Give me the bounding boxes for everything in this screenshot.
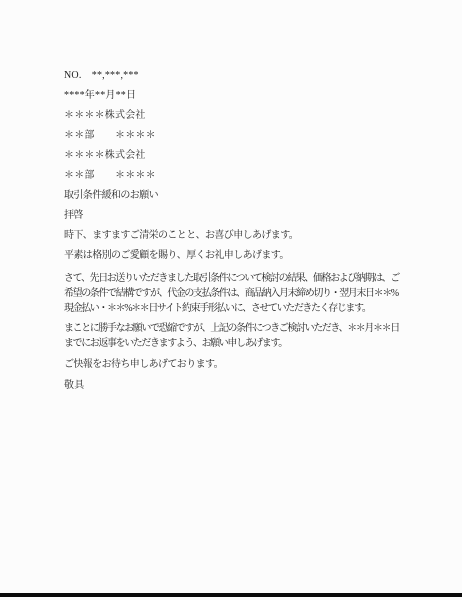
body-paragraph-1: さて、先日お送りいただきました取引条件について検討の結果、価格および納期は、ご希… [64,271,402,316]
recipient-person: ＊＊部 ＊＊＊＊ [64,126,402,146]
closing-word: 敬具 [64,376,402,396]
salutation: 拝啓 [64,206,402,226]
body-paragraph-2: まことに勝手なお願いで恐縮ですが、上記の条件につきご検討いただき、＊＊月＊＊日ま… [64,321,402,351]
sender-company: ＊＊＊＊株式会社 [64,146,402,166]
document-number: NO. **,***,*** [64,66,402,86]
closing-request: ご快報をお待ち申しあげております。 [64,357,402,372]
window-bottom-edge [0,593,462,597]
recipient-company: ＊＊＊＊株式会社 [64,106,402,126]
date-line: ****年**月**日 [64,86,402,106]
letter-page: NO. **,***,*** ****年**月**日 ＊＊＊＊株式会社 ＊＊部 … [0,0,462,600]
sender-person: ＊＊部 ＊＊＊＊ [64,166,402,186]
greeting-line-2: 平素は格別のご愛顧を賜り、厚くお礼申しあげます。 [64,246,402,266]
greeting-line-1: 時下、ますますご清栄のことと、お喜び申しあげます。 [64,226,402,246]
letter-content: NO. **,***,*** ****年**月**日 ＊＊＊＊株式会社 ＊＊部 … [64,66,402,396]
letter-title: 取引条件緩和のお願い [64,186,402,206]
